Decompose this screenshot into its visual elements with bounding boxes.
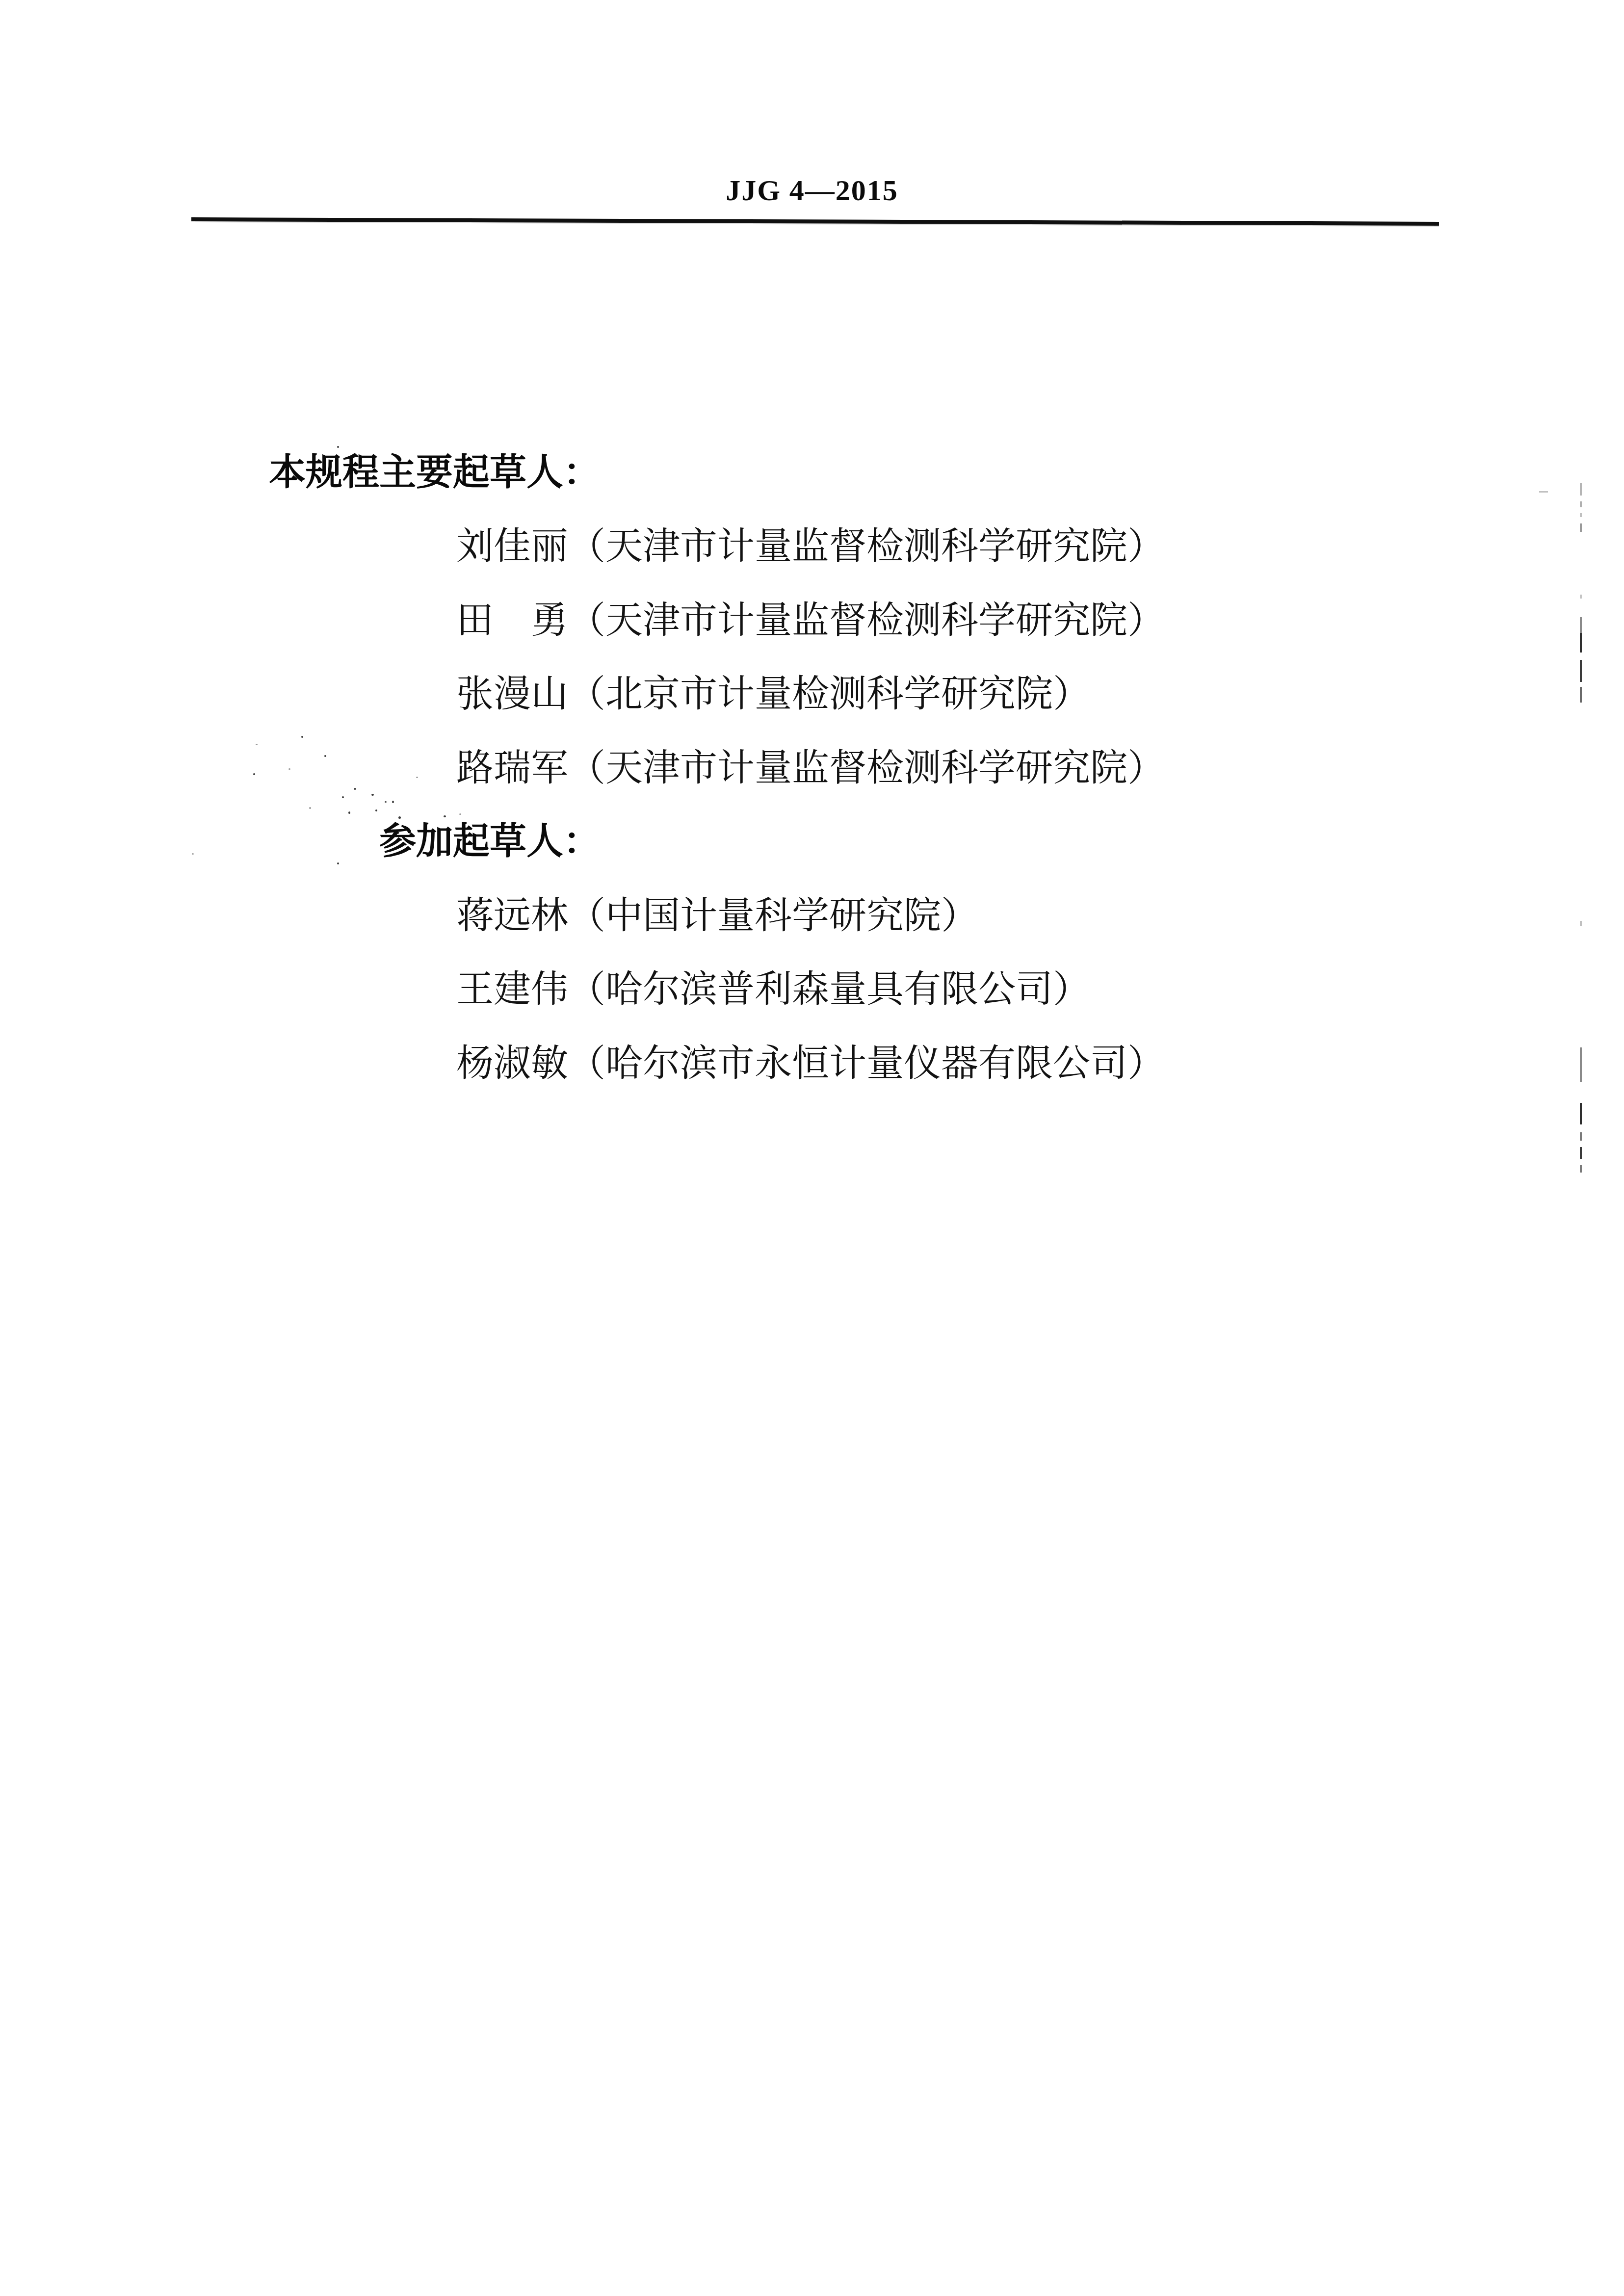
scan-streak (1580, 595, 1582, 599)
scan-speck (375, 809, 377, 811)
scan-streak (1580, 513, 1582, 517)
scan-speck (398, 816, 401, 819)
scan-streak (1580, 1103, 1582, 1124)
scan-speck (354, 788, 356, 790)
drafter-line: 王建伟（哈尔滨普利森量具有限公司） (0, 949, 1624, 1023)
scan-streak (1580, 523, 1582, 532)
scan-streak (1580, 1047, 1582, 1082)
scan-speck (337, 446, 339, 448)
scan-streak (1580, 1147, 1582, 1159)
scan-streak (1580, 921, 1582, 926)
drafter-name: 张漫山 (456, 664, 568, 717)
scan-streak (1580, 1165, 1582, 1173)
scan-speck (385, 801, 387, 803)
scan-speck (337, 862, 339, 864)
scan-speck (459, 813, 461, 815)
drafter-affiliation: （天津市计量监督检测科学研究院） (568, 738, 1165, 791)
scan-speck (444, 815, 446, 817)
scan-speck (348, 811, 350, 814)
participating-drafters-heading: 参加起草人： (0, 802, 1624, 876)
drafter-name: 杨淑敏 (456, 1033, 568, 1087)
scan-speck (192, 853, 194, 855)
scan-speck (324, 755, 326, 757)
drafter-affiliation: （天津市计量监督检测科学研究院） (568, 590, 1165, 644)
document-page: JJG 4—2015 本规程主要起草人： 刘佳丽（天津市计量监督检测科学研究院）… (0, 0, 1624, 2296)
scan-speck (392, 801, 394, 803)
scan-speck (253, 773, 255, 775)
drafter-line: 杨淑敏（哈尔滨市永恒计量仪器有限公司） (0, 1023, 1624, 1097)
scan-speck (371, 794, 374, 796)
drafter-name: 刘佳丽 (456, 516, 568, 570)
scan-speck (416, 777, 418, 778)
drafter-line: 蒋远林（中国计量科学研究院） (0, 875, 1624, 949)
scan-speck (256, 744, 258, 745)
drafter-affiliation: （天津市计量监督检测科学研究院） (568, 516, 1165, 570)
scan-speck (301, 736, 303, 738)
main-drafters-heading: 本规程主要起草人： (0, 432, 1624, 506)
drafter-affiliation: （北京市计量检测科学研究院） (568, 664, 1090, 717)
scan-streak (1580, 633, 1582, 652)
drafter-line: 张漫山（北京市计量检测科学研究院） (0, 654, 1624, 728)
drafter-name: 蒋远林 (456, 886, 568, 939)
scan-streak (1580, 660, 1582, 682)
scan-scratch (1539, 491, 1548, 493)
drafter-affiliation: （哈尔滨市永恒计量仪器有限公司） (568, 1033, 1165, 1087)
drafter-line: 刘佳丽（天津市计量监督检测科学研究院） (0, 506, 1624, 580)
scan-streak (1580, 483, 1582, 496)
drafter-line: 路瑞军（天津市计量监督检测科学研究院） (0, 728, 1624, 802)
scan-streak (1580, 501, 1582, 507)
drafter-name: 路瑞军 (456, 738, 568, 791)
header-rule (191, 217, 1439, 226)
scan-streak (1580, 687, 1582, 703)
drafters-section: 本规程主要起草人： 刘佳丽（天津市计量监督检测科学研究院） 田 勇（天津市计量监… (0, 432, 1624, 1097)
header-doc-number: JJG 4—2015 (0, 176, 1624, 205)
scan-speck (342, 796, 344, 798)
drafter-affiliation: （哈尔滨普利森量具有限公司） (568, 959, 1090, 1013)
scan-speck (288, 768, 290, 770)
drafter-affiliation: （中国计量科学研究院） (568, 886, 978, 939)
drafter-name: 田 勇 (456, 590, 568, 644)
scan-speck (309, 807, 311, 809)
scan-streak (1580, 1132, 1582, 1141)
scan-streak (1580, 617, 1582, 633)
drafter-line: 田 勇（天津市计量监督检测科学研究院） (0, 580, 1624, 654)
drafter-name: 王建伟 (456, 959, 568, 1013)
